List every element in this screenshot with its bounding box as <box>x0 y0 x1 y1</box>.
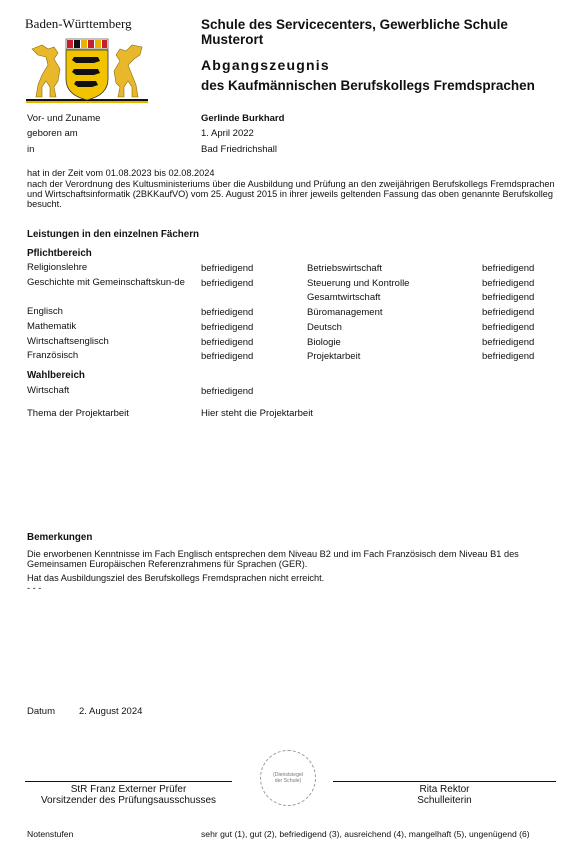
subject-grade: befriedigend <box>201 351 253 362</box>
subject-name: Steuerung und Kontrolle <box>307 278 409 289</box>
name-label: Vor- und Zuname <box>27 113 100 124</box>
right-signatory-name: Rita Rektor <box>333 784 556 795</box>
subject-grade: befriedigend <box>482 292 534 303</box>
left-signatory-name: StR Franz Externer Prüfer <box>25 784 232 795</box>
right-signatory-role: Schulleiterin <box>333 795 556 806</box>
student-name: Gerlinde Burkhard <box>201 113 284 124</box>
right-signature-line <box>333 781 556 782</box>
regulation-text: nach der Verordnung des Kultusministeriu… <box>27 179 572 209</box>
subject-name: Französisch <box>27 351 197 361</box>
attendance-period: hat in der Zeit vom 01.08.2023 bis 02.08… <box>27 168 572 178</box>
subject-grade: befriedigend <box>482 322 534 333</box>
subject-name: Projektarbeit <box>307 351 360 362</box>
remarks-goal: Hat das Ausbildungsziel des Berufskolleg… <box>27 573 572 583</box>
subject-name: Biologie <box>307 337 341 348</box>
subject-name: Betriebswirtschaft <box>307 263 382 274</box>
subject-grade: befriedigend <box>482 307 534 318</box>
date-label: Datum <box>27 706 55 717</box>
subject-grade: befriedigend <box>482 337 534 348</box>
birth-place-label: in <box>27 144 34 155</box>
project-topic-label: Thema der Projektarbeit <box>27 408 129 419</box>
subject-name: Geschichte mit Gemeinschaftskun-de <box>27 278 197 288</box>
school-name: Schule des Servicecenters, Gewerbliche S… <box>201 17 561 47</box>
elective-grade: befriedigend <box>201 386 253 397</box>
grade-scale-label: Notenstufen <box>27 829 73 839</box>
subject-name: Englisch <box>27 307 197 317</box>
elective-area-title: Wahlbereich <box>27 370 85 381</box>
official-seal-placeholder: (Dienstsiegel der Schule) <box>260 750 316 806</box>
birth-place: Bad Friedrichshall <box>201 144 277 155</box>
birth-date: 1. April 2022 <box>201 128 254 139</box>
grade-scale: sehr gut (1), gut (2), befriedigend (3),… <box>201 829 530 839</box>
subject-name: Büromanagement <box>307 307 383 318</box>
mandatory-area-title: Pflichtbereich <box>27 248 92 259</box>
subject-grade: befriedigend <box>201 337 253 348</box>
subject-grade: befriedigend <box>482 263 534 274</box>
left-signatory: StR Franz Externer Prüfer Vorsitzender d… <box>25 784 232 806</box>
elective-subject: Wirtschaft <box>27 386 197 396</box>
subject-name: Deutsch <box>307 322 342 333</box>
remarks-placeholder: - - - <box>27 583 572 593</box>
subject-name: Religionslehre <box>27 263 197 273</box>
coat-of-arms-icon <box>24 35 150 105</box>
document-subtitle: des Kaufmännischen Berufskollegs Fremdsp… <box>201 78 535 93</box>
subject-name: Gesamtwirtschaft <box>307 292 380 303</box>
project-topic: Hier steht die Projektarbeit <box>201 408 313 419</box>
subject-grade: befriedigend <box>482 278 534 289</box>
subject-grade: befriedigend <box>201 307 253 318</box>
right-signatory: Rita Rektor Schulleiterin <box>333 784 556 806</box>
remarks-language-levels: Die erworbenen Kenntnisse im Fach Englis… <box>27 549 572 569</box>
grades-section-title: Leistungen in den einzelnen Fächern <box>27 229 199 240</box>
subject-name: Wirtschaftsenglisch <box>27 337 197 347</box>
subject-name: Mathematik <box>27 322 197 332</box>
left-signature-line <box>25 781 232 782</box>
subject-grade: befriedigend <box>201 278 253 289</box>
birth-date-label: geboren am <box>27 128 78 139</box>
seal-text-line2: der Schule) <box>273 778 303 785</box>
subject-grade: befriedigend <box>201 263 253 274</box>
subject-grade: befriedigend <box>201 322 253 333</box>
remarks-title: Bemerkungen <box>27 532 92 543</box>
subject-grade: befriedigend <box>482 351 534 362</box>
issue-date: 2. August 2024 <box>79 706 142 717</box>
state-name: Baden-Württemberg <box>25 16 132 32</box>
document-title: Abgangszeugnis <box>201 57 330 73</box>
left-signatory-role: Vorsitzender des Prüfungsausschusses <box>25 795 232 806</box>
